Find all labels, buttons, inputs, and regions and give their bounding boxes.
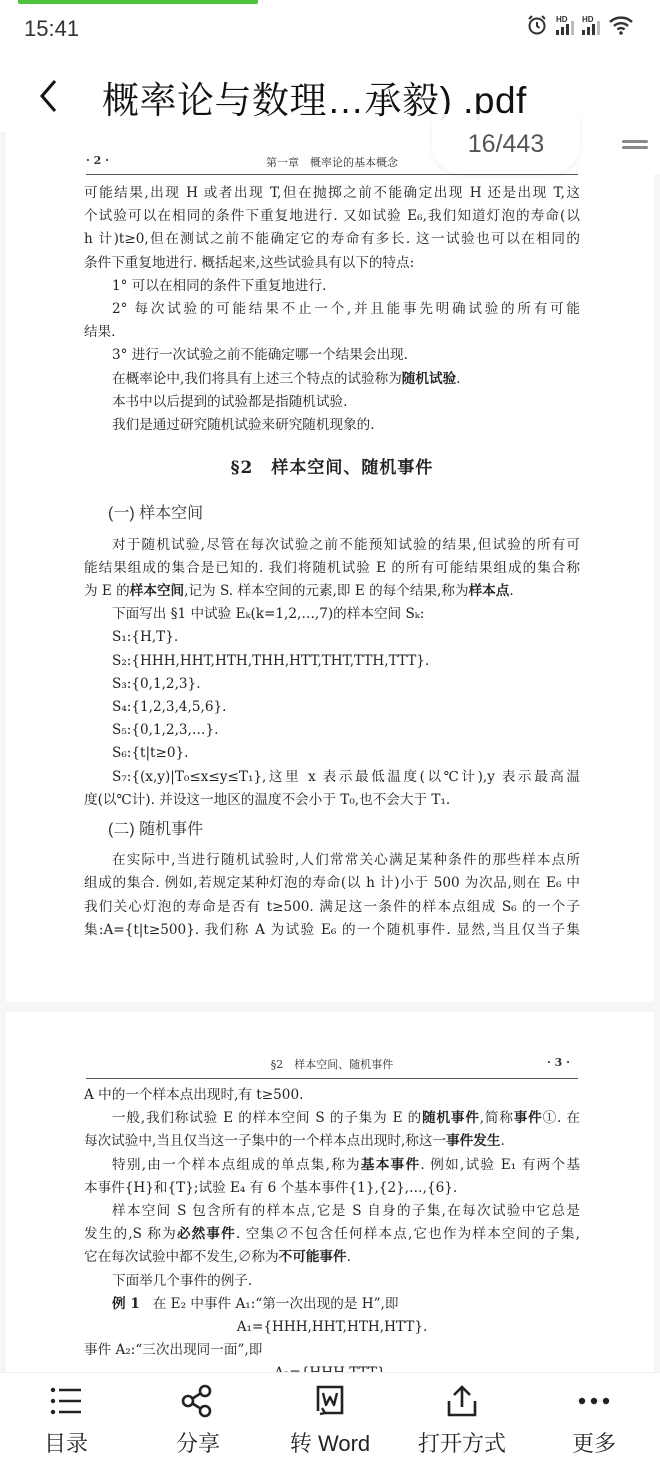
sample-space-s3: S₃:{0,1,2,3}.: [84, 673, 580, 696]
share-icon: [180, 1383, 216, 1419]
sample-space-s2: S₂:{HHH,HHT,HTH,THH,HTT,THT,TTH,TTT}.: [84, 650, 580, 673]
back-button[interactable]: [28, 74, 68, 118]
wifi-icon: [608, 14, 634, 36]
bottom-toolbar: 目录 分享 转 Word 打开方式 更多: [0, 1372, 660, 1467]
signal-hd-2-icon: HD: [582, 15, 600, 35]
convert-to-word-button[interactable]: 转 Word: [270, 1373, 390, 1467]
header-rule: [86, 174, 578, 175]
chevron-left-icon: [37, 78, 59, 114]
sample-space-s6: S₆:{t|t≥0}.: [84, 742, 580, 765]
definition-random-experiment: 在概率论中,我们将具有上述三个特点的试验称为随机试验.: [84, 368, 580, 391]
page-body: A 中的一个样本点出现时,有 t≥500. 一般,我们称试验 E 的样本空间 S…: [84, 1084, 580, 1372]
section-title: §2 样本空间、随机事件: [84, 457, 580, 480]
pdf-viewport[interactable]: · 2 · 第一章 概率论的基本概念 可能结果,出现 H 或者出现 T,但在抛掷…: [0, 132, 660, 1372]
sample-space-s5: S₅:{0,1,2,3,…}.: [84, 719, 580, 742]
share-button[interactable]: 分享: [138, 1373, 258, 1467]
word-convert-icon: [312, 1383, 348, 1419]
pdf-page-2: · 2 · 第一章 概率论的基本概念 可能结果,出现 H 或者出现 T,但在抛掷…: [6, 132, 654, 1002]
list-icon: [48, 1383, 84, 1419]
toc-button[interactable]: 目录: [6, 1373, 126, 1467]
header-rule: [86, 1078, 578, 1079]
running-head: §2 样本空间、随机事件 · 3 ·: [86, 1056, 578, 1076]
more-dots-icon: [576, 1383, 612, 1419]
subsection-title-random-event: (二) 随机事件: [84, 818, 580, 841]
open-with-button[interactable]: 打开方式: [402, 1373, 522, 1467]
subsection-title-sample-space: (一) 样本空间: [84, 502, 580, 525]
page-body: 可能结果,出现 H 或者出现 T,但在抛掷之前不能确定出现 H 还是出现 T,这…: [84, 182, 580, 942]
page-indicator[interactable]: 16/443: [432, 114, 580, 174]
upload-open-icon: [444, 1383, 480, 1419]
sample-space-s4: S₄:{1,2,3,4,5,6}.: [84, 696, 580, 719]
hamburger-icon: [622, 137, 648, 152]
status-bar: 15:41 HD HD: [0, 0, 660, 56]
more-button[interactable]: 更多: [534, 1373, 654, 1467]
alarm-icon: [526, 14, 548, 36]
example-1: 例 1 在 E₂ 中事件 A₁:“第一次出现的是 H”,即: [84, 1293, 580, 1316]
signal-hd-1-icon: HD: [556, 15, 574, 35]
sample-space-s7: S₇:{(x,y)|T₀≤x≤y≤T₁},这里 x 表示最低温度(以℃计),y …: [84, 766, 580, 789]
status-time: 15:41: [24, 16, 79, 42]
status-icons: HD HD: [526, 14, 634, 36]
menu-button[interactable]: [600, 114, 660, 174]
pdf-page-3: §2 样本空间、随机事件 · 3 · A 中的一个样本点出现时,有 t≥500.…: [6, 1012, 654, 1372]
sample-space-s1: S₁:{H,T}.: [84, 626, 580, 649]
